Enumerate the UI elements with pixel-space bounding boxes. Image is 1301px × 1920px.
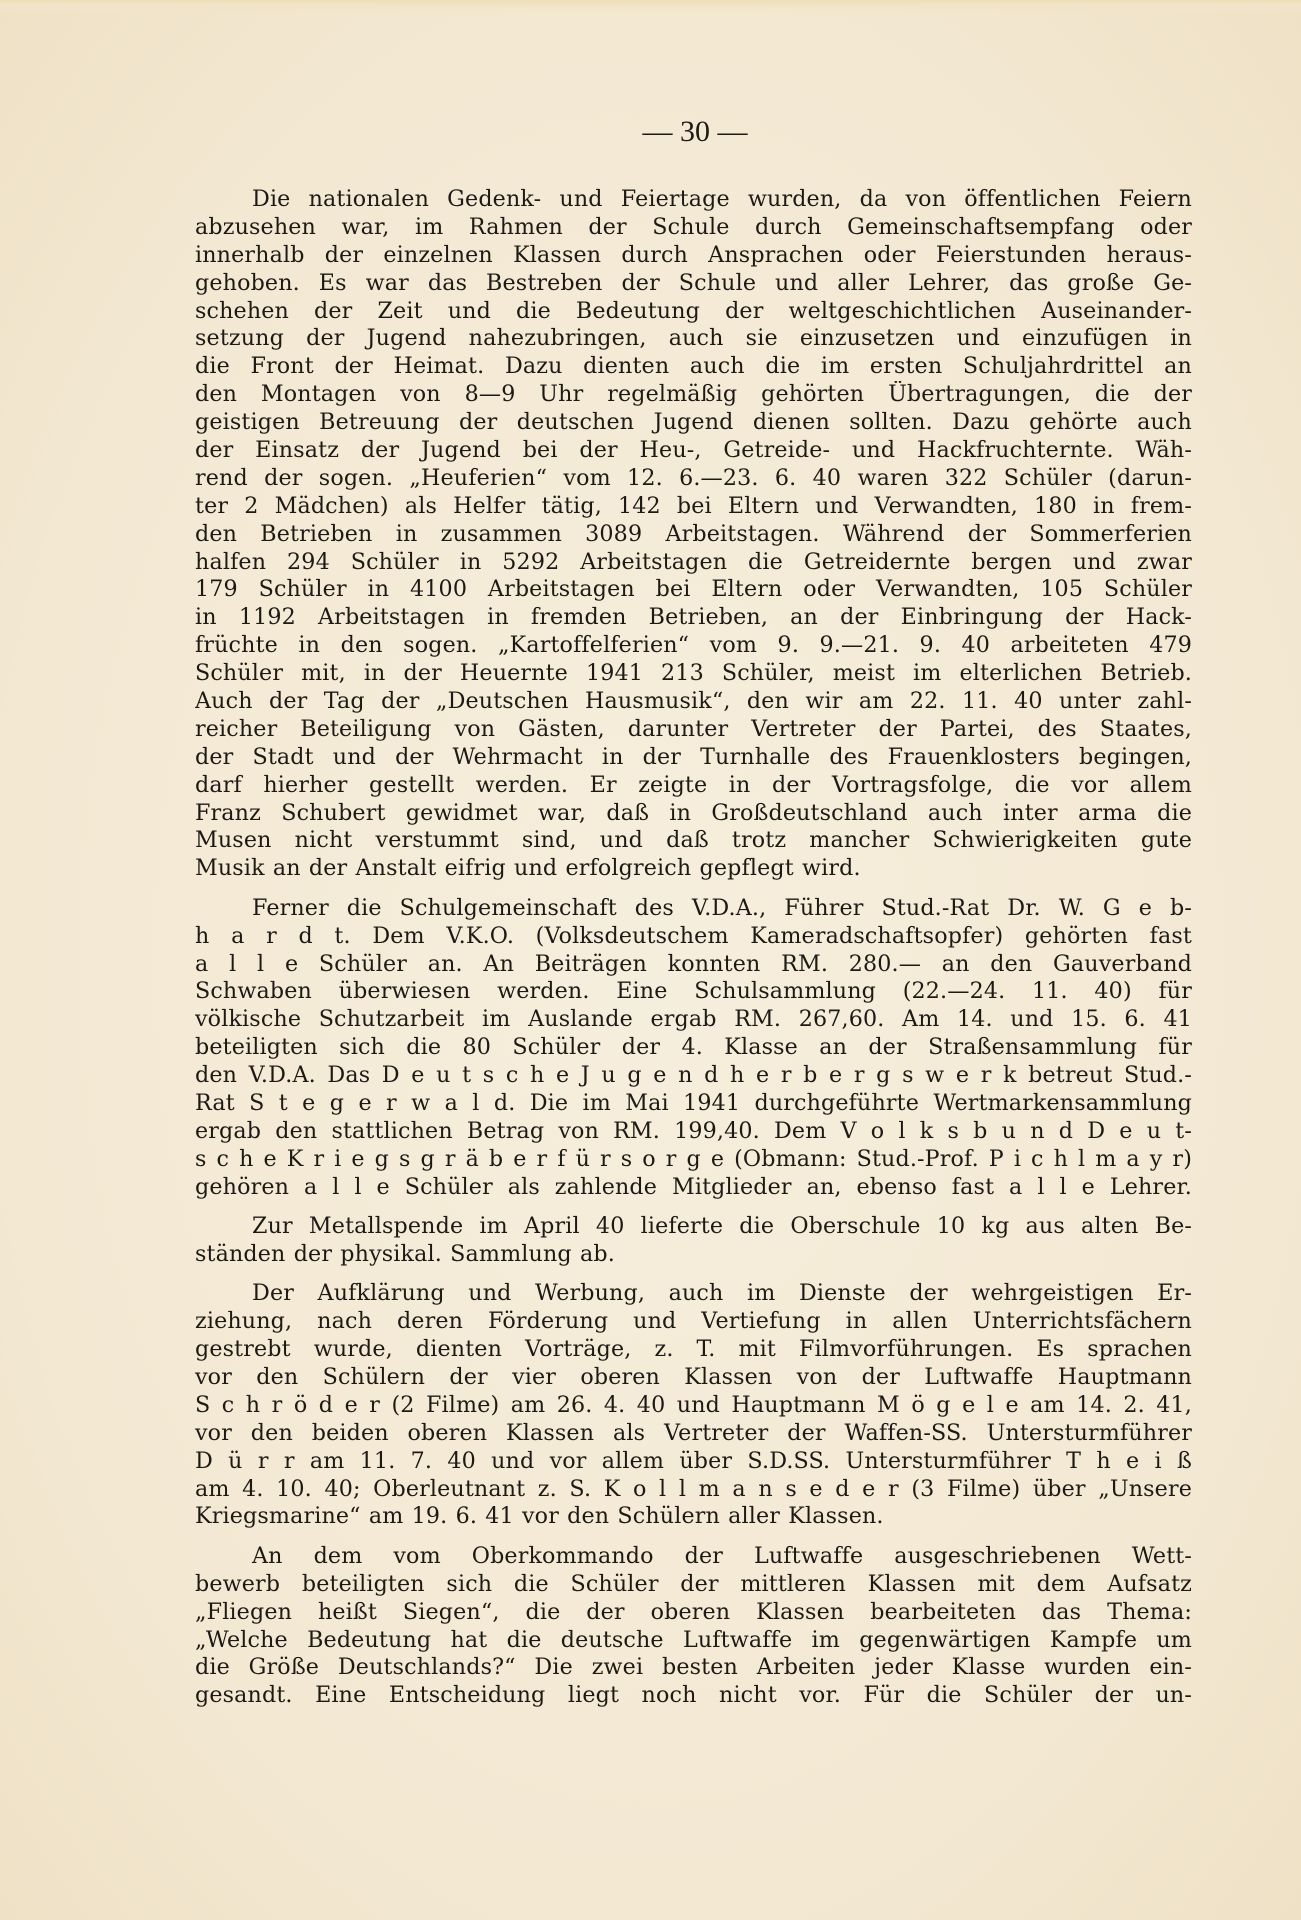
text-line: halfen 294 Schüler in 5292 Arbeitstagen … (195, 549, 1192, 577)
text-line: darf hierher gestellt werden. Er zeigte … (195, 772, 1192, 800)
text-line: Kriegsmarine“ am 19. 6. 41 vor den Schül… (195, 1503, 1192, 1531)
text-line: den Montagen von 8—9 Uhr regelmäßig gehö… (195, 381, 1192, 409)
text-line: völkische Schutzarbeit im Auslande ergab… (195, 1006, 1192, 1034)
paragraph-vda: Ferner die Schulgemeinschaft des V.D.A.,… (195, 895, 1192, 1202)
text-line: 179 Schüler in 4100 Arbeitstagen bei Elt… (195, 576, 1192, 604)
paragraph-holidays: Die nationalen Gedenk- und Feiertage wur… (195, 186, 1192, 883)
text-line: D ü r r am 11. 7. 40 und vor allem über … (195, 1448, 1192, 1476)
text-line: a l l e Schüler an. An Beiträgen konnten… (195, 951, 1192, 979)
text-line: vor den Schülern der vier oberen Klassen… (195, 1364, 1192, 1392)
text-line: reicher Beteiligung von Gästen, darunter… (195, 716, 1192, 744)
text-line: s c h e K r i e g s g r ä b e r f ü r s … (195, 1146, 1192, 1174)
text-line: geistigen Betreuung der deutschen Jugend… (195, 409, 1192, 437)
text-line: Der Aufklärung und Werbung, auch im Dien… (195, 1280, 1192, 1308)
text-line: h a r d t. Dem V.K.O. (Volksdeutschem Ka… (195, 923, 1192, 951)
text-line: Die nationalen Gedenk- und Feiertage wur… (195, 186, 1192, 214)
text-line: am 4. 10. 40; Oberleutnant z. S. K o l l… (195, 1476, 1192, 1504)
text-line: ter 2 Mädchen) als Helfer tätig, 142 bei… (195, 493, 1192, 521)
text-line: in 1192 Arbeitstagen in fremden Betriebe… (195, 604, 1192, 632)
text-line: beteiligten sich die 80 Schüler der 4. K… (195, 1034, 1192, 1062)
text-line: innerhalb der einzelnen Klassen durch An… (195, 242, 1192, 270)
text-line: Ferner die Schulgemeinschaft des V.D.A.,… (195, 895, 1192, 923)
paragraph-metal-donation: Zur Metallspende im April 40 lieferte di… (195, 1213, 1192, 1269)
text-line: An dem vom Oberkommando der Luftwaffe au… (195, 1543, 1192, 1571)
text-line: früchte in den sogen. „Kartoffelferien“ … (195, 632, 1192, 660)
paragraph-competition: An dem vom Oberkommando der Luftwaffe au… (195, 1543, 1192, 1710)
text-line: den V.D.A. Das D e u t s c h e J u g e n… (195, 1062, 1192, 1090)
text-line: die Größe Deutschlands?“ Die zwei besten… (195, 1654, 1192, 1682)
text-line: gesandt. Eine Entscheidung liegt noch ni… (195, 1682, 1192, 1710)
page-number: — 30 — (0, 112, 1301, 152)
text-line: Schüler mit, in der Heuernte 1941 213 Sc… (195, 660, 1192, 688)
paragraph-lectures: Der Aufklärung und Werbung, auch im Dien… (195, 1280, 1192, 1531)
text-line: gehoben. Es war das Bestreben der Schule… (195, 270, 1192, 298)
text-line: Auch der Tag der „Deutschen Hausmusik“, … (195, 688, 1192, 716)
text-line: ziehung, nach deren Förderung und Vertie… (195, 1308, 1192, 1336)
text-line: Rat S t e g e r w a l d. Die im Mai 1941… (195, 1090, 1192, 1118)
text-line: gehören a l l e Schüler als zahlende Mit… (195, 1174, 1192, 1202)
body-text: Die nationalen Gedenk- und Feiertage wur… (195, 186, 1192, 1710)
text-line: bewerb beteiligten sich die Schüler der … (195, 1571, 1192, 1599)
text-line: Schwaben überwiesen werden. Eine Schulsa… (195, 978, 1192, 1006)
text-line: vor den beiden oberen Klassen als Vertre… (195, 1420, 1192, 1448)
text-line: schehen der Zeit und die Bedeutung der w… (195, 298, 1192, 326)
text-line: „Welche Bedeutung hat die deutsche Luftw… (195, 1627, 1192, 1655)
text-line: gestrebt wurde, dienten Vorträge, z. T. … (195, 1336, 1192, 1364)
text-line: der Stadt und der Wehrmacht in der Turnh… (195, 744, 1192, 772)
text-line: „Fliegen heißt Siegen“, die der oberen K… (195, 1599, 1192, 1627)
text-line: den Betrieben in zusammen 3089 Arbeitsta… (195, 521, 1192, 549)
text-line: die Front der Heimat. Dazu dienten auch … (195, 353, 1192, 381)
text-line: Musik an der Anstalt eifrig und erfolgre… (195, 855, 1192, 883)
text-line: ständen der physikal. Sammlung ab. (195, 1241, 1192, 1269)
text-line: Zur Metallspende im April 40 lieferte di… (195, 1213, 1192, 1241)
text-line: ergab den stattlichen Betrag von RM. 199… (195, 1118, 1192, 1146)
text-line: Musen nicht verstummt sind, und daß trot… (195, 827, 1192, 855)
text-line: rend der sogen. „Heuferien“ vom 12. 6.—2… (195, 465, 1192, 493)
text-line: der Einsatz der Jugend bei der Heu-, Get… (195, 437, 1192, 465)
text-line: Franz Schubert gewidmet war, daß in Groß… (195, 800, 1192, 828)
text-line: setzung der Jugend nahezubringen, auch s… (195, 325, 1192, 353)
text-line: S c h r ö d e r (2 Filme) am 26. 4. 40 u… (195, 1392, 1192, 1420)
text-line: abzusehen war, im Rahmen der Schule durc… (195, 214, 1192, 242)
